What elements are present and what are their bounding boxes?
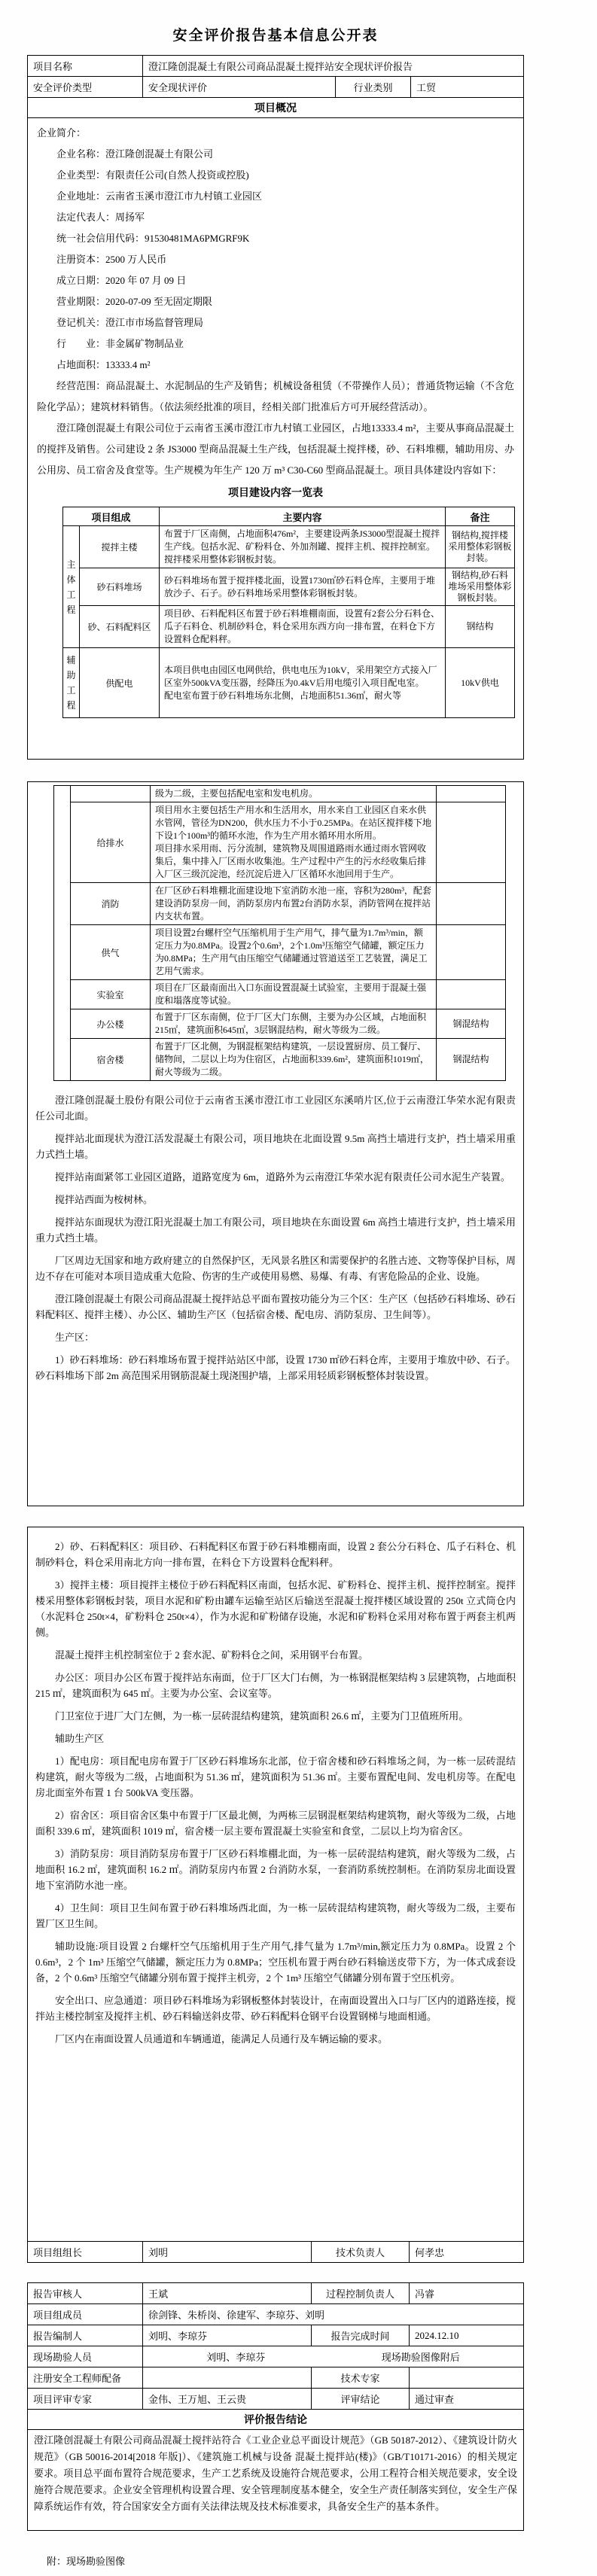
paragraph: 2）砂、石料配料区：项目砂、石料配料区布置于砂石料堆棚南面，设置 2 套公分石料… xyxy=(35,1539,516,1570)
company-profile: 企业简介： 企业名称：澄江隆创混凝土有限公司 企业类型：有限责任公司(自然人投资… xyxy=(28,118,523,721)
legal-rep-line: 法定代表人：周扬军 xyxy=(37,207,514,228)
component-remark: 钢混结构 xyxy=(437,1039,506,1081)
component-content: 项目砂、石料配料区布置于砂石料堆棚南面，设置有2套公分石料仓、瓜子石料仓、机制砂… xyxy=(160,606,446,648)
col-header-content: 主要内容 xyxy=(160,507,446,526)
col-header-remark: 备注 xyxy=(446,507,515,526)
completion-date-value: 2024.12.10 xyxy=(409,2325,523,2346)
component-remark: 钢混结构 xyxy=(437,1009,506,1039)
project-summary: 澄江隆创混凝土有限公司位于云南省玉溪市澄江市九村镇工业园区，占地13333.4 … xyxy=(37,418,514,481)
component-remark xyxy=(437,802,506,883)
group-empty xyxy=(54,786,71,1081)
conclusion-header: 评价报告结论 xyxy=(28,2410,523,2430)
project-leader-label: 项目组组长 xyxy=(28,2242,142,2262)
paragraph: 安全出口、应急通道：项目砂石料堆场为彩钢板整体封装设计，在南面设置出入口与厂区内… xyxy=(35,1993,516,2024)
component-name: 砂石料堆场 xyxy=(80,568,160,606)
component-remark: 钢结构 xyxy=(446,606,515,648)
process-control-label: 过程控制负责人 xyxy=(311,2283,409,2303)
eval-type-value: 安全现状评价 xyxy=(142,77,335,97)
paragraph: 3）搅拌主楼：项目搅拌主楼位于砂石料配料区南面，包括水泥、矿粉料仓、搅拌主机、搅… xyxy=(35,1577,516,1640)
page-title: 安全评价报告基本信息公开表 xyxy=(27,24,524,44)
report-authors-label: 报告编制人 xyxy=(28,2325,142,2346)
component-content: 项目在厂区最南面出入口东面设置混凝土试验室，主要用于混凝土强度和塌落度等试验。 xyxy=(151,980,437,1009)
tech-expert-value xyxy=(409,2367,523,2388)
table-row: 消防 在厂区砂石料堆棚北面建设地下室消防水池一座，容积为280m³，配套建设消防… xyxy=(54,883,506,925)
overview-header: 项目概况 xyxy=(28,98,523,118)
row-team-members: 项目组成员 徐剑锋、朱桥岗、徐建军、李琼芬、刘明 xyxy=(28,2304,523,2325)
paragraph: 混凝土搅拌主机控制室位于 2 套水泥、矿粉料仓之间，采用钢平台布置。 xyxy=(35,1647,516,1663)
tech-lead-label: 技术负责人 xyxy=(311,2242,409,2262)
team-members-value: 徐剑锋、朱桥岗、徐建军、李琼芬、刘明 xyxy=(142,2304,523,2325)
component-name: 供气 xyxy=(71,925,151,980)
construction-header-row: 项目组成 主要内容 备注 xyxy=(63,507,515,526)
inspection-images-note: 现场勘验图像附后 xyxy=(382,2349,460,2364)
review-conclusion-label: 评审结论 xyxy=(311,2389,409,2409)
paragraph: 辅助生产区 xyxy=(35,1731,516,1746)
inspector-names: 刘明、李琼芬 xyxy=(206,2349,265,2364)
component-content: 砂石料堆场布置于搅拌楼北面，设置1730㎡砂石料仓库，主要用于堆放沙子、石子。砂… xyxy=(160,568,446,606)
row-site-inspectors: 现场勘验人员 刘明、李琼芬 现场勘验图像附后 xyxy=(28,2346,523,2367)
table-row: 实验室 项目在厂区最南面出入口东面设置混凝土试验室，主要用于混凝土强度和塌落度等… xyxy=(54,980,506,1009)
review-experts-label: 项目评审专家 xyxy=(28,2389,142,2409)
company-name-line: 企业名称：澄江隆创混凝土有限公司 xyxy=(37,144,514,165)
industry-value: 工贸 xyxy=(410,77,523,97)
table-row: 级为二级，主要包括配电室和发电机房。 xyxy=(54,786,506,802)
paragraph: 搅拌站西面为桉树林。 xyxy=(35,1192,516,1207)
component-name: 给排水 xyxy=(71,802,151,883)
land-area-line: 占地面积：13333.4 m² xyxy=(37,355,514,376)
review-experts-value: 金伟、王万旭、王云贵 xyxy=(142,2389,311,2409)
row-project-name: 项目名称 澄江隆创混凝土有限公司商品混凝土搅拌站安全现状评价报告 xyxy=(28,56,523,77)
company-type-line: 企业类型：有限责任公司(自然人投资或控股) xyxy=(37,165,514,186)
paragraph: 办公区：项目办公区布置于搅拌站东南面，位于厂区大门右侧，为一栋钢混框架结构 3 … xyxy=(35,1670,516,1701)
paragraph: 辅助设施:项目设置 2 台螺杆空气压缩机用于生产用气,排气量为 1.7m³/mi… xyxy=(35,1938,516,1986)
layout-description: 2）砂、石料配料区：项目砂、石料配料区布置于砂石料堆棚南面，设置 2 套公分石料… xyxy=(28,1527,523,2055)
component-name: 消防 xyxy=(71,883,151,925)
site-description: 澄江隆创混凝土股份有限公司位于云南省玉溪市澄江市工业园区东溪哨片区,位于云南澄江… xyxy=(28,1081,523,1392)
component-content: 项目用水主要包括生产用水和生活用水，用水来自工业园区自来水供水管网，管径为DN2… xyxy=(151,802,437,883)
registered-capital-line: 注册资本：2500 万人民币 xyxy=(37,249,514,270)
component-name: 供配电 xyxy=(80,648,160,718)
group-main-works: 主体工程 xyxy=(63,526,80,648)
component-content: 本项目供电由园区电网供给，供电电压为10kV，采用架空方式接入厂区室外500kV… xyxy=(160,648,446,718)
attachment-note: 附：现场勘验图像 xyxy=(27,2553,524,2570)
table-row: 砂石料堆场 砂石料堆场布置于搅拌楼北面，设置1730㎡砂石料仓库，主要用于堆放沙… xyxy=(63,568,515,606)
component-name: 砂、石料配料区 xyxy=(80,606,160,648)
intro-label: 企业简介： xyxy=(37,123,514,144)
row-safety-engineer: 注册安全工程师配备 技术专家 xyxy=(28,2367,523,2389)
component-content: 布置于厂区东南侧，位于厂区大门东侧，主要为办公区域，占地面积215㎡，建筑面积6… xyxy=(151,1009,437,1039)
process-control-value: 冯睿 xyxy=(409,2283,523,2303)
paragraph: 4）卫生间：项目卫生间布置于砂石料堆场西北面，为一栋一层砖混结构建筑物，耐火等级… xyxy=(35,1900,516,1932)
component-content: 在厂区砂石料堆棚北面建设地下室消防水池一座，容积为280m³，配套建设消防泵房一… xyxy=(151,883,437,925)
company-address-line: 企业地址：云南省玉溪市澄江市九村镇工业园区 xyxy=(37,186,514,207)
component-content: 项目设置2台螺杆空气压缩机用于生产用气，排气量为1.7m³/min，额定压力为0… xyxy=(151,925,437,980)
founding-date-line: 成立日期：2020 年 07 月 09 日 xyxy=(37,270,514,291)
safety-engineer-value xyxy=(142,2367,311,2388)
paragraph: 门卫室位于进厂大门左侧，为一栋一层砖混结构建筑，建筑面积 26.6 ㎡，主要为门… xyxy=(35,1708,516,1724)
report-authors-value: 刘明、李琼芬 xyxy=(142,2325,311,2346)
paragraph: 搅拌站北面现状为澄江活发混凝土有限公司，项目地块在北面设置 9.5m 高挡土墙进… xyxy=(35,1131,516,1162)
component-name: 搅拌主楼 xyxy=(80,526,160,568)
row-review-experts: 项目评审专家 金伟、王万旭、王云贵 评审结论 通过审查 xyxy=(28,2389,523,2410)
paragraph: 澄江隆创混凝土有限公司商品混凝土搅拌站总平面布置按功能分为三个区：生产区（包括砂… xyxy=(35,1291,516,1323)
col-header-component: 项目组成 xyxy=(63,507,160,526)
component-remark xyxy=(437,786,506,802)
component-remark: 钢结构,砂石料堆场采用整体彩钢板封装。 xyxy=(446,568,515,606)
construction-table-title: 项目建设内容一览表 xyxy=(37,483,514,505)
industry-line: 行 业：非金属矿物制品业 xyxy=(37,333,514,355)
row-eval-type: 安全评价类型 安全现状评价 行业类别 工贸 xyxy=(28,77,523,98)
review-conclusion-value: 通过审查 xyxy=(409,2389,523,2409)
paragraph: 生产区： xyxy=(35,1329,516,1345)
component-remark xyxy=(437,925,506,980)
registry-authority-line: 登记机关：澄江市市场监督管理局 xyxy=(37,312,514,333)
component-name: 办公楼 xyxy=(71,1009,151,1039)
project-name-value: 澄江隆创混凝土有限公司商品混凝土搅拌站安全现状评价报告 xyxy=(142,56,523,76)
group-aux-works: 辅助工程 xyxy=(63,648,80,718)
report-reviewer-value: 王斌 xyxy=(142,2283,311,2303)
project-leader-value: 刘明 xyxy=(142,2242,311,2262)
table-row: 供气 项目设置2台螺杆空气压缩机用于生产用气，排气量为1.7m³/min，额定压… xyxy=(54,925,506,980)
project-name-label: 项目名称 xyxy=(28,56,142,76)
component-name xyxy=(71,786,151,802)
component-name: 实验室 xyxy=(71,980,151,1009)
business-scope: 经营范围：商品混凝土、水泥制品的生产及销售；机械设备租赁（不带操作人员）；普通货… xyxy=(37,376,514,418)
paragraph: 澄江隆创混凝土股份有限公司位于云南省玉溪市澄江市工业园区东溪哨片区,位于云南澄江… xyxy=(35,1092,516,1124)
credit-code-line: 统一社会信用代码：91530481MA6PMGRF9K xyxy=(37,228,514,249)
page-4: 报告审核人 王斌 过程控制负责人 冯睿 项目组成员 徐剑锋、朱桥岗、徐建军、李琼… xyxy=(27,2282,524,2531)
tech-lead-value: 何孝忠 xyxy=(409,2242,523,2262)
tech-expert-label: 技术专家 xyxy=(311,2367,409,2388)
conclusion-text: 澄江隆创混凝土有限公司商品混凝土搅拌站符合《工业企业总平面设计规范》（GB 50… xyxy=(28,2430,523,2521)
table-row: 办公楼 布置于厂区东南侧，位于厂区大门东侧，主要为办公区域，占地面积215㎡，建… xyxy=(54,1009,506,1039)
site-inspectors-value: 刘明、李琼芬 现场勘验图像附后 xyxy=(142,2346,523,2367)
component-remark: 钢结构,搅拌楼采用整体彩钢板封装。 xyxy=(446,526,515,568)
page-3: 2）砂、石料配料区：项目砂、石料配料区布置于砂石料堆棚南面，设置 2 套公分石料… xyxy=(27,1527,524,2263)
paragraph: 厂区周边无国家和地方政府建立的自然保护区，无风景名胜区和需要保护的名胜古迹、文物… xyxy=(35,1253,516,1284)
component-name: 宿舍楼 xyxy=(71,1039,151,1081)
page-2: 级为二级，主要包括配电室和发电机房。 给排水 项目用水主要包括生产用水和生活用水… xyxy=(27,781,524,1506)
row-project-leader: 项目组组长 刘明 技术负责人 何孝忠 xyxy=(28,2241,523,2262)
table-row: 砂、石料配料区 项目砂、石料配料区布置于砂石料堆棚南面，设置有2套公分石料仓、瓜… xyxy=(63,606,515,648)
table-row: 给排水 项目用水主要包括生产用水和生活用水，用水来自工业园区自来水供水管网，管径… xyxy=(54,802,506,883)
site-inspectors-label: 现场勘验人员 xyxy=(28,2346,142,2367)
table-row: 主体工程 搅拌主楼 布置于厂区南侧，占地面积476m²，主要建设两条JS3000… xyxy=(63,526,515,568)
safety-engineer-label: 注册安全工程师配备 xyxy=(28,2367,142,2388)
document: 安全评价报告基本信息公开表 项目名称 澄江隆创混凝土有限公司商品混凝土搅拌站安全… xyxy=(0,24,597,2570)
construction-table: 项目组成 主要内容 备注 主体工程 搅拌主楼 布置于厂区南侧，占地面积476m²… xyxy=(62,507,515,718)
report-reviewer-label: 报告审核人 xyxy=(28,2283,142,2303)
paragraph: 1）砂石料堆场：砂石料堆场布置于搅拌站站区中部，设置 1730 ㎡砂石料仓库，主… xyxy=(35,1352,516,1384)
component-remark xyxy=(437,883,506,925)
row-report-reviewer: 报告审核人 王斌 过程控制负责人 冯睿 xyxy=(28,2283,523,2304)
paragraph: 厂区内在南面设置人员通道和车辆通道，能满足人员通行及车辆运输的要求。 xyxy=(35,2031,516,2047)
industry-label: 行业类别 xyxy=(335,77,410,97)
component-remark xyxy=(437,980,506,1009)
component-content: 布置于厂区北侧，为钢混框架结构建筑，一层设置厨房、员工餐厅、储物间，二层以上均为… xyxy=(151,1039,437,1081)
spacer xyxy=(28,2055,523,2241)
eval-type-label: 安全评价类型 xyxy=(28,77,142,97)
paragraph: 搅拌站南面紧邻工业园区道路，道路宽度为 6m，道路外为云南澄江华荣水泥有限责任公… xyxy=(35,1169,516,1185)
paragraph: 2）宿舍区：项目宿舍区集中布置于厂区最北侧，为两栋三层钢混框架结构建筑物，耐火等… xyxy=(35,1807,516,1839)
component-content: 布置于厂区南侧，占地面积476m²，主要建设两条JS3000型混凝土搅拌生产线。… xyxy=(160,526,446,568)
completion-date-label: 报告完成时间 xyxy=(311,2325,409,2346)
component-remark: 10kV供电 xyxy=(446,648,515,718)
team-members-label: 项目组成员 xyxy=(28,2304,142,2325)
paragraph: 3）消防泵房：项目消防泵房布置于厂区砂石料堆棚北面，为一栋一层砖混结构建筑，耐火… xyxy=(35,1846,516,1893)
table-row: 宿舍楼 布置于厂区北侧，为钢混框架结构建筑，一层设置厨房、员工餐厅、储物间，二层… xyxy=(54,1039,506,1081)
paragraph: 搅拌站东面现状为澄江阳光混凝土加工有限公司，项目地块在东面设置 6m 高挡土墙进… xyxy=(35,1214,516,1246)
business-term-line: 营业期限：2020-07-09 至无固定期限 xyxy=(37,291,514,312)
component-content: 级为二级，主要包括配电室和发电机房。 xyxy=(151,786,437,802)
page-1: 项目名称 澄江隆创混凝土有限公司商品混凝土搅拌站安全现状评价报告 安全评价类型 … xyxy=(27,55,524,760)
construction-table-continued: 级为二级，主要包括配电室和发电机房。 给排水 项目用水主要包括生产用水和生活用水… xyxy=(53,785,506,1081)
table-row: 辅助工程 供配电 本项目供电由园区电网供给，供电电压为10kV，采用架空方式接入… xyxy=(63,648,515,718)
paragraph: 1）配电房：项目配电房布置于厂区砂石料堆场东北部，位于宿舍楼和砂石料堆场之间，为… xyxy=(35,1753,516,1801)
row-report-authors: 报告编制人 刘明、李琼芬 报告完成时间 2024.12.10 xyxy=(28,2325,523,2346)
